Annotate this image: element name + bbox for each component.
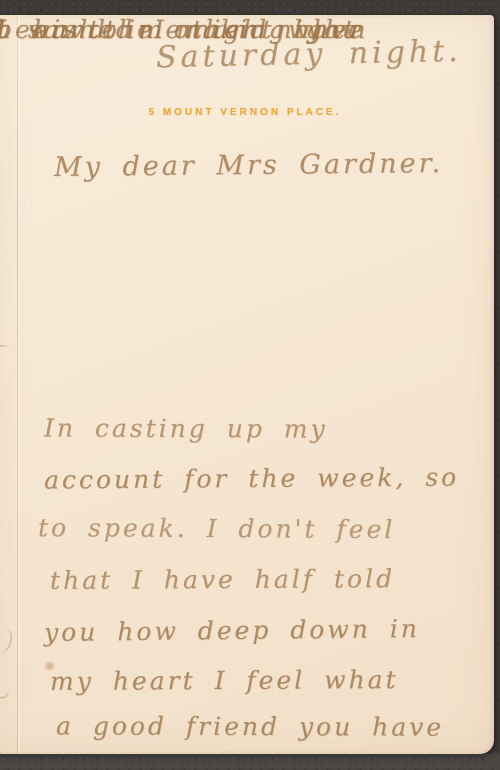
body-line: to speak. I don't feel: [38, 513, 395, 544]
printed-letterhead: 5 MOUNT VERNON PLACE.: [0, 107, 494, 118]
body-line: my heart I feel what: [50, 665, 399, 696]
paper-fold-crease: [17, 15, 18, 754]
ink-bleed-mark: [0, 673, 11, 700]
body-line: a good friend you have: [56, 711, 444, 741]
ink-bleed-mark: [0, 342, 13, 363]
foxing-stain: [44, 661, 55, 671]
salutation: My dear Mrs Gardner.: [54, 148, 443, 183]
body-line: In casting up my: [44, 414, 328, 444]
ink-bleed-mark: [0, 625, 15, 655]
letter-paper: Saturday night. 5 MOUNT VERNON PLACE. My…: [0, 15, 494, 754]
body-line: you how deep down in: [44, 614, 420, 647]
body-line: account for the week, so: [44, 463, 459, 495]
body-line: that I have half told: [50, 564, 395, 595]
photo-background: Saturday night. 5 MOUNT VERNON PLACE. My…: [0, 0, 500, 770]
body-line: a hand in making you: [0, 15, 361, 44]
